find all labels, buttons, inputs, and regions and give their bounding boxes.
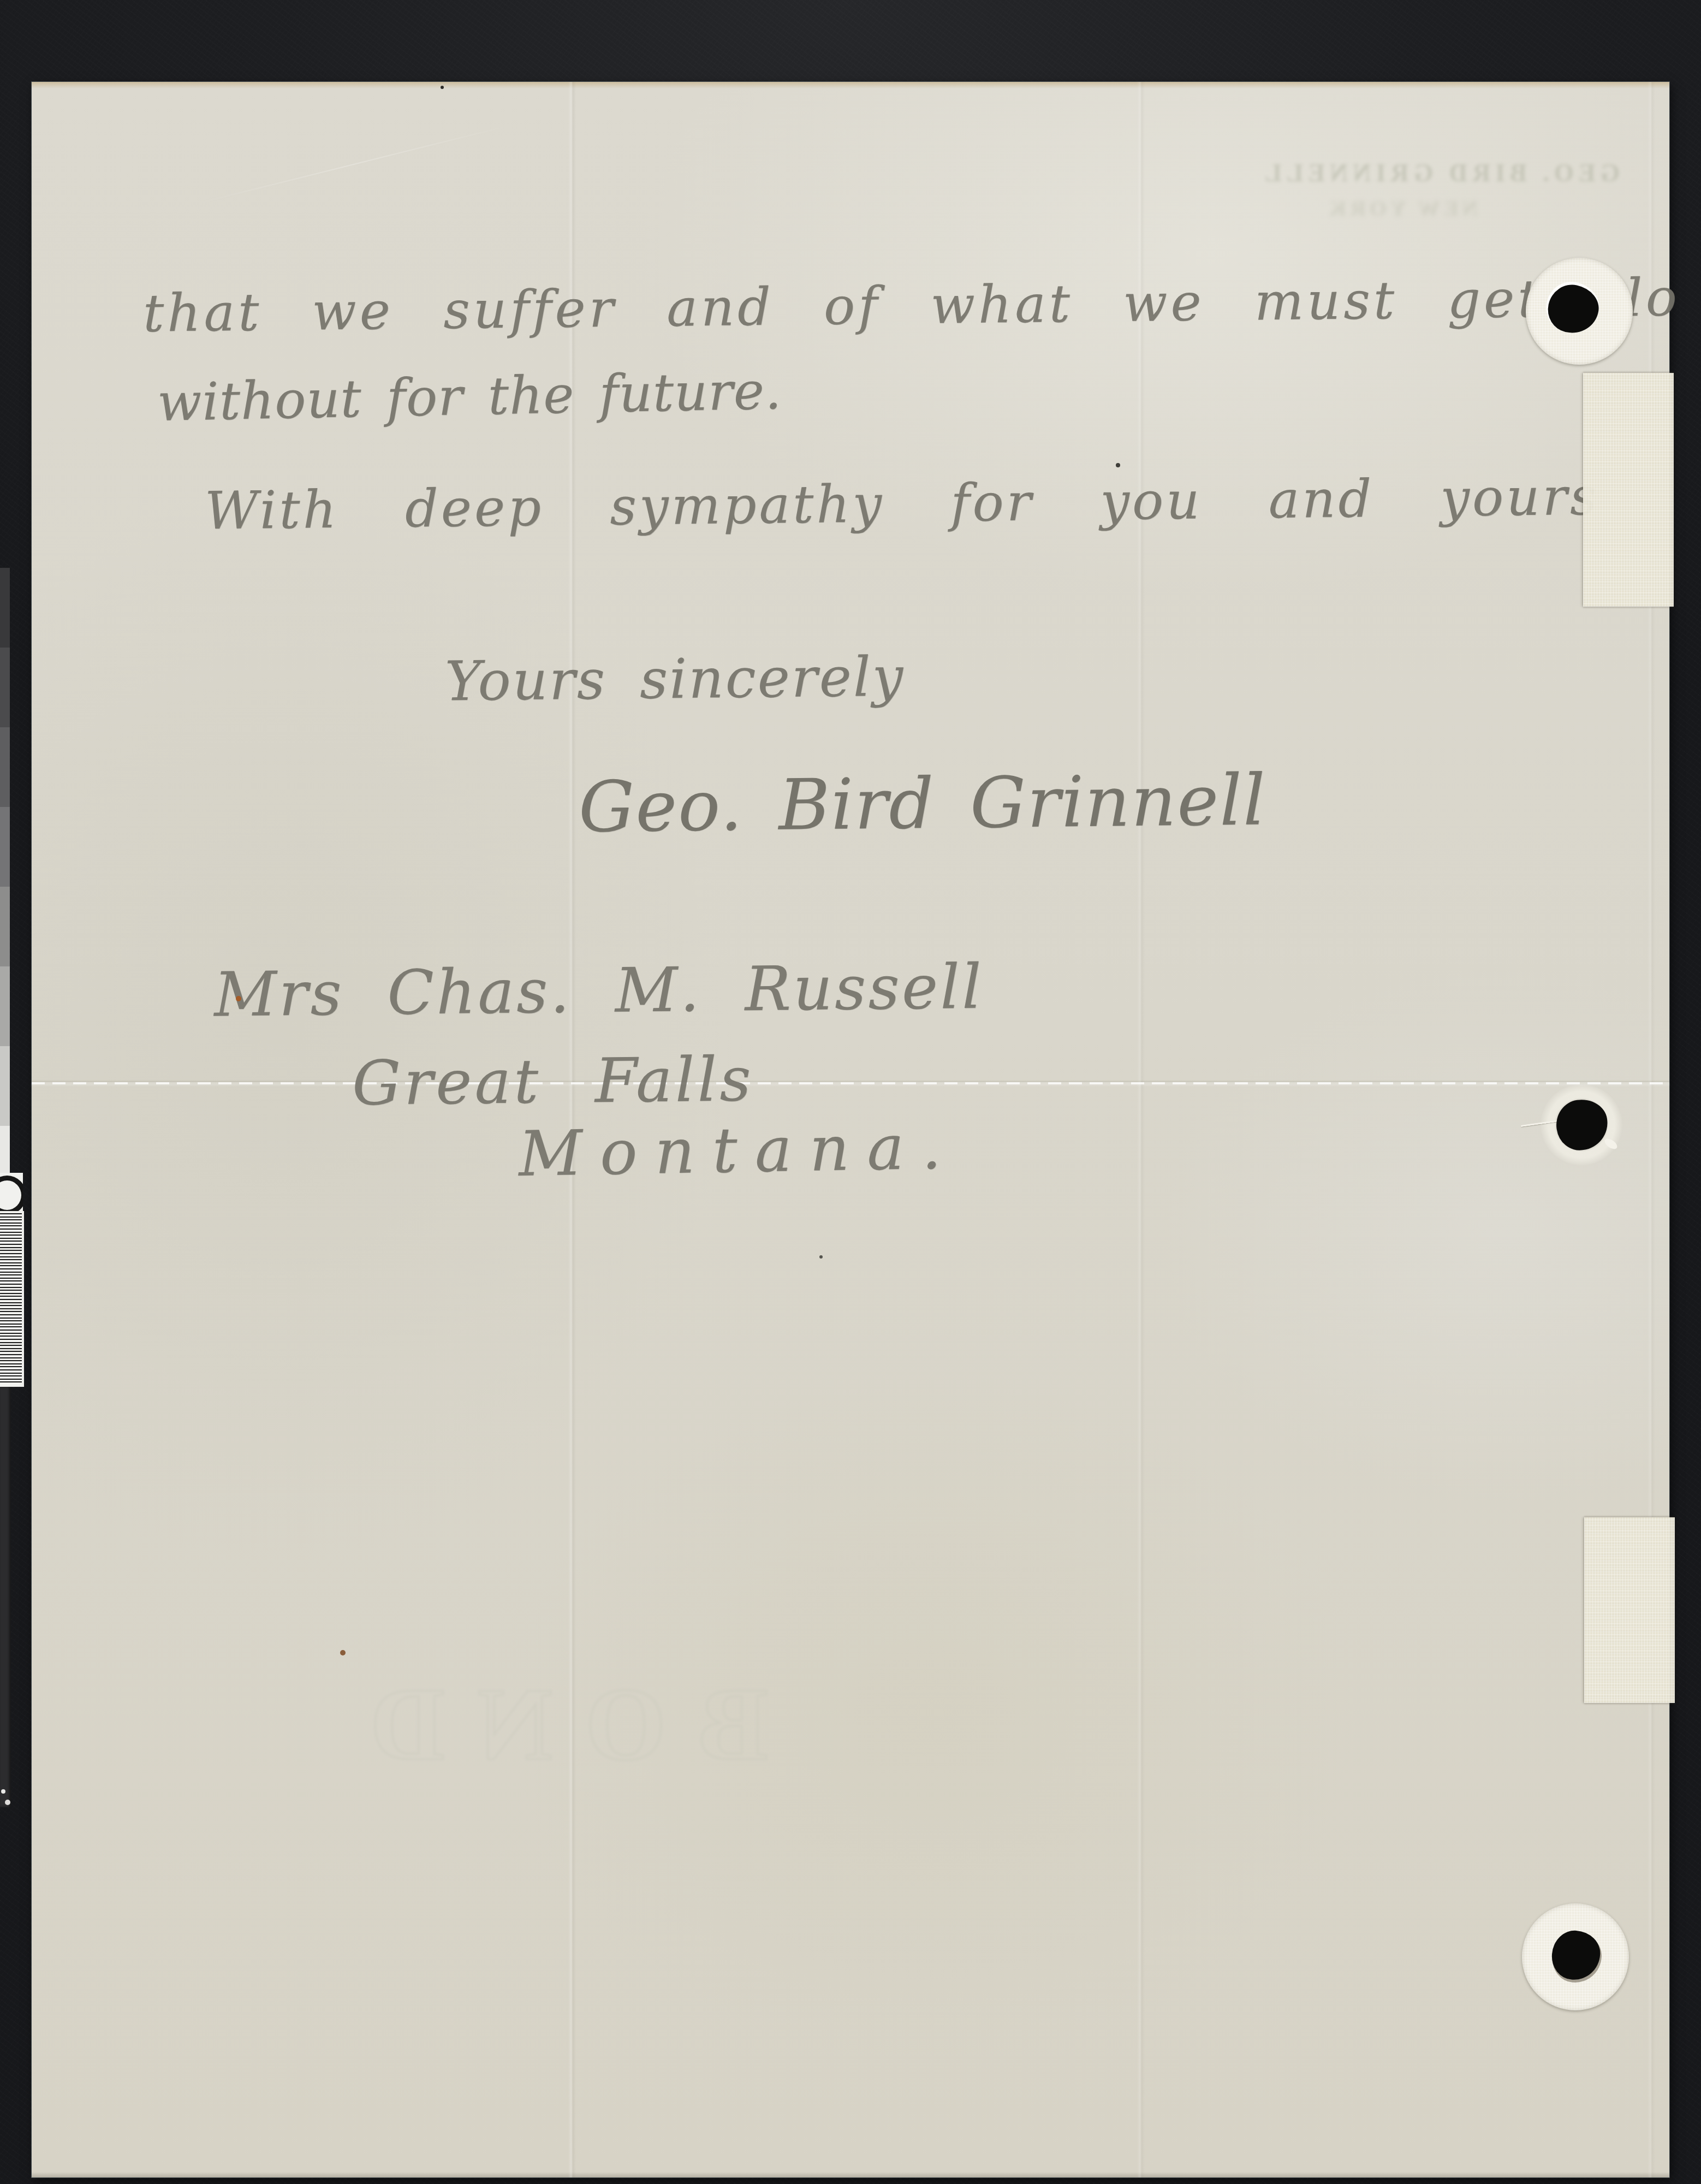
ruler-tick	[0, 1333, 22, 1334]
ruler-tick	[0, 1320, 22, 1321]
handwriting-address-name: Mrs Chas. M. Russell	[213, 952, 984, 1031]
letterhead-bleedthrough-line1: GEO. BIRD GRINNELL	[1260, 158, 1620, 187]
ruler-tick	[0, 1225, 22, 1226]
ruler-tick	[0, 1326, 22, 1327]
ruler-tick	[0, 1302, 22, 1303]
handwriting-address-city: Great Falls	[352, 1044, 754, 1119]
handwriting-address-state: Montana.	[518, 1110, 959, 1190]
ruler-tick	[0, 1363, 22, 1364]
ruler-tick	[0, 1216, 22, 1218]
ruler-tick	[0, 1262, 22, 1263]
ruler-tick	[0, 1280, 22, 1281]
wedge-step	[0, 887, 10, 966]
wedge-step	[0, 568, 10, 648]
ruler-tick	[0, 1244, 22, 1245]
ruler-tick	[0, 1369, 22, 1370]
ruler-tick	[0, 1219, 22, 1220]
ruler-tick	[0, 1213, 22, 1214]
paper-watermark: BOND	[337, 1665, 768, 1784]
ruler-tick	[0, 1228, 22, 1230]
ruler-tick	[0, 1360, 22, 1361]
wedge-step	[0, 1046, 10, 1126]
ruler-tick	[0, 1235, 22, 1236]
ruler-tick	[0, 1287, 22, 1288]
speck	[236, 996, 241, 1001]
calibration-strip	[0, 0, 32, 2184]
resolution-ruler	[0, 1211, 24, 1387]
wedge-step	[0, 966, 10, 1046]
speck	[5, 1800, 10, 1805]
ruler-tick	[0, 1311, 22, 1312]
speck	[1, 1789, 5, 1794]
wedge-step	[0, 807, 10, 887]
wedge-step	[0, 727, 10, 807]
ruler-tick	[0, 1324, 22, 1325]
speck	[819, 1255, 823, 1259]
ruler-tick	[0, 1250, 22, 1251]
ruler-tick	[0, 1342, 22, 1343]
scan-stage: GEO. BIRD GRINNELL NEW YORK BOND that we…	[0, 0, 1701, 2184]
horizontal-fold	[32, 1082, 1669, 1084]
letter-paper: GEO. BIRD GRINNELL NEW YORK BOND that we…	[32, 82, 1669, 2177]
vertical-fold-right	[1137, 82, 1145, 2177]
ruler-tick	[0, 1299, 22, 1300]
tape-strip-top	[1583, 373, 1674, 607]
ruler-tick	[0, 1330, 22, 1331]
ruler-tick	[0, 1268, 22, 1269]
speck	[340, 1650, 346, 1655]
speck	[441, 86, 444, 89]
ruler-tick	[0, 1305, 22, 1306]
calibration-dark-block	[0, 1387, 11, 1807]
ruler-tick	[0, 1259, 22, 1260]
handwriting-body-line-1: that we suffer and of what we must get a…	[143, 268, 1681, 343]
ruler-tick	[0, 1284, 22, 1285]
ruler-tick	[0, 1339, 22, 1340]
ruler-tick	[0, 1253, 22, 1254]
ruler-tick	[0, 1265, 22, 1266]
ruler-tick	[0, 1366, 22, 1367]
registration-circle-icon	[0, 1173, 23, 1211]
wedge-step	[0, 648, 10, 727]
ruler-tick	[0, 1375, 22, 1376]
ruler-tick	[0, 1274, 22, 1275]
ruler-tick	[0, 1345, 22, 1346]
circle-glyph	[0, 1176, 23, 1211]
handwriting-body-line-3: With deep sympathy for you and yours	[204, 467, 1599, 542]
ruler-tick	[0, 1256, 22, 1257]
letterhead-bleedthrough-line2: NEW YORK	[1325, 195, 1478, 221]
ruler-tick	[0, 1317, 22, 1319]
ruler-tick	[0, 1272, 22, 1273]
tape-strip-middle	[1584, 1517, 1675, 1703]
handwriting-body-line-2: without for the future.	[157, 361, 782, 433]
ruler-tick	[0, 1357, 22, 1358]
ruler-tick	[0, 1278, 22, 1279]
ruler-tick	[0, 1336, 22, 1337]
ruler-tick	[0, 1348, 22, 1349]
ruler-tick	[0, 1290, 22, 1291]
ruler-tick	[0, 1379, 22, 1380]
handwriting-closing: Yours sincerely	[444, 645, 905, 714]
diagonal-crease	[195, 124, 513, 204]
ruler-tick	[0, 1381, 22, 1382]
ruler-tick	[0, 1241, 22, 1242]
ruler-tick	[0, 1314, 22, 1315]
ruler-tick	[0, 1238, 22, 1239]
ruler-tick	[0, 1296, 22, 1297]
ruler-tick	[0, 1354, 22, 1355]
speck	[1116, 463, 1120, 467]
ruler-tick	[0, 1373, 22, 1374]
ruler-tick	[0, 1351, 22, 1352]
ruler-tick	[0, 1308, 22, 1309]
paper-bottom-edge	[32, 2172, 1669, 2177]
ruler-tick	[0, 1222, 22, 1224]
handwriting-signature: Geo. Bird Grinnell	[578, 759, 1266, 848]
ruler-tick	[0, 1232, 22, 1233]
ruler-tick	[0, 1247, 22, 1248]
ruler-tick	[0, 1293, 22, 1294]
paper-top-edge	[32, 82, 1669, 88]
